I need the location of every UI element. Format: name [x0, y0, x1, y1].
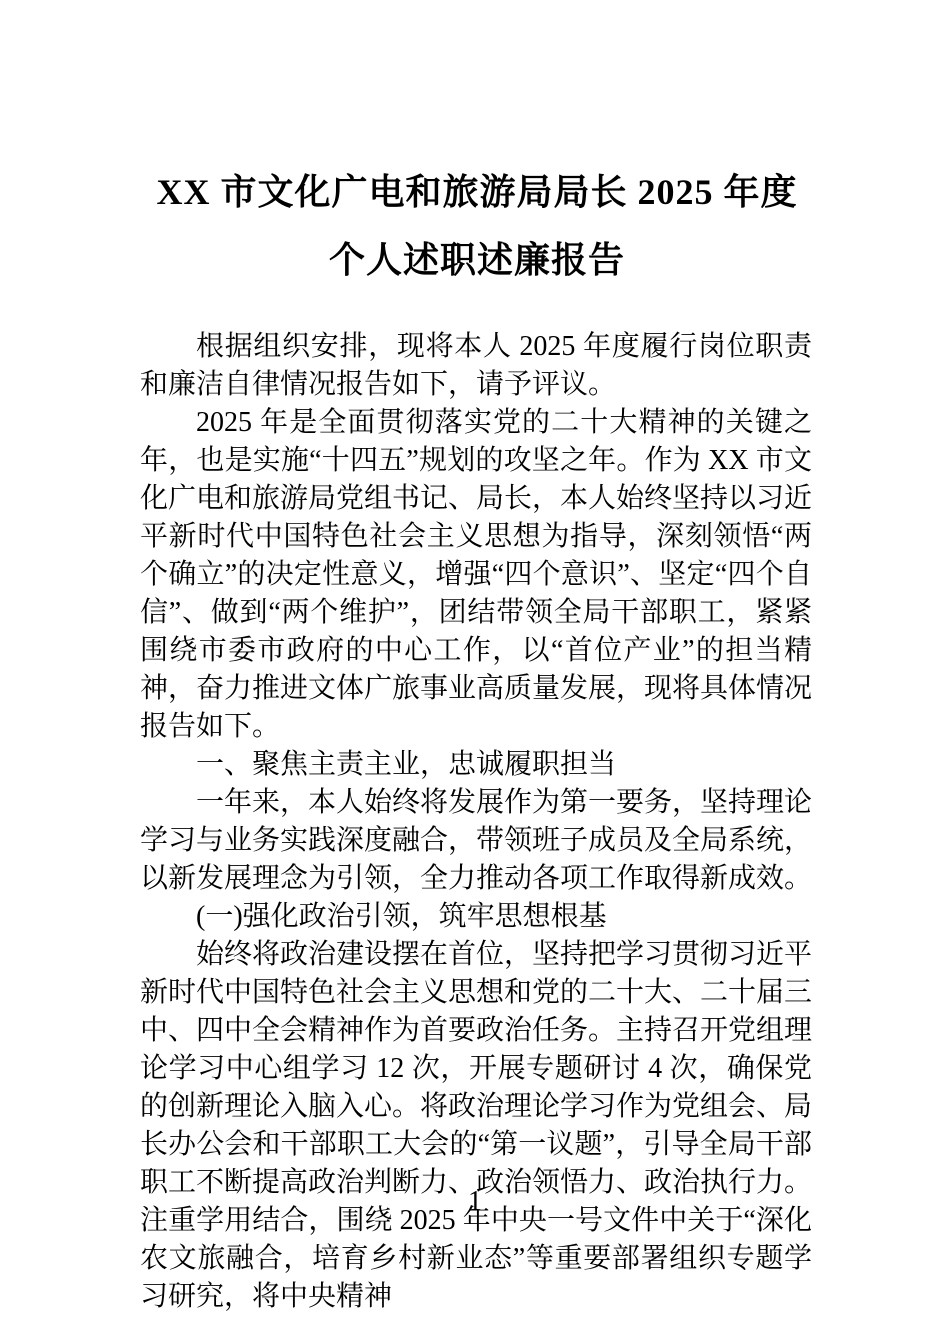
page-number: 1: [0, 1186, 950, 1218]
document-title: XX 市文化广电和旅游局局长 2025 年度个人述职述廉报告: [140, 158, 814, 294]
paragraph-subsection-1-1: 始终将政治建设摆在首位，坚持把学习贯彻习近平新时代中国特色社会主义思想和党的二十…: [140, 936, 812, 1316]
paragraph-section-1-intro: 一年来，本人始终将发展作为第一要务，坚持理论学习与业务实践深度融合，带领班子成员…: [140, 784, 812, 898]
document-page: XX 市文化广电和旅游局局长 2025 年度个人述职述廉报告 根据组织安排，现将…: [0, 0, 950, 1344]
paragraph-opening: 根据组织安排，现将本人 2025 年度履行岗位职责和廉洁自律情况报告如下，请予评…: [140, 328, 812, 404]
document-body: 根据组织安排，现将本人 2025 年度履行岗位职责和廉洁自律情况报告如下，请予评…: [140, 328, 812, 1316]
section-heading-1: 一、聚焦主责主业，忠诚履职担当: [140, 746, 812, 784]
paragraph-overview: 2025 年是全面贯彻落实党的二十大精神的关键之年，也是实施“十四五”规划的攻坚…: [140, 404, 812, 746]
subsection-heading-1-1: (一)强化政治引领，筑牢思想根基: [140, 898, 812, 936]
